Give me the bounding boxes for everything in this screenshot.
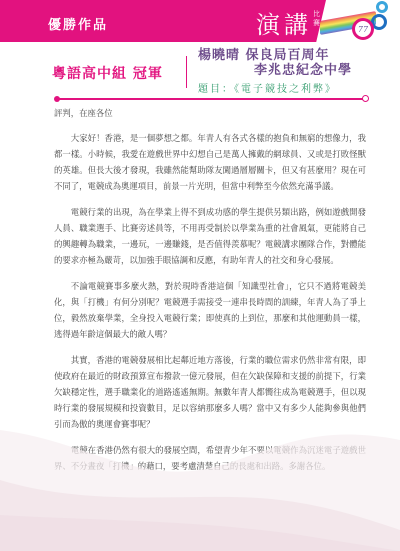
speech-topic: 題目：《電子競技之利弊》 [198,80,337,95]
ring-decoration-icon [376,1,388,13]
section-label: 優勝作品 [48,14,108,33]
salutation: 評判，在座各位 [54,105,366,121]
competition-logo: 演講 [256,5,312,40]
school-name: 李兆忠紀念中學 [254,59,352,78]
paragraph: 電競行業的出現，為在學業上得不到成功感的學生提供另類出路，例如遊戲開發人員、職業… [54,204,366,268]
divider [57,98,365,100]
page-number: 77 [352,18,374,40]
paragraph: 大家好！香港，是一個夢想之都。年青人有各式各樣的抱負和無窮的想像力，我都一樣。小… [54,130,366,194]
wave-background-decoration [0,420,400,551]
rule-dot-icon [54,96,60,102]
paragraph: 不論電競賽事多麼火熱，對於現時香港這個「知識型社會」，它只不過將電競美化，與「打… [54,278,366,342]
rule-ring-icon [362,95,369,102]
award-category: 粵語高中組 冠軍 [52,63,163,83]
divider [186,56,187,88]
